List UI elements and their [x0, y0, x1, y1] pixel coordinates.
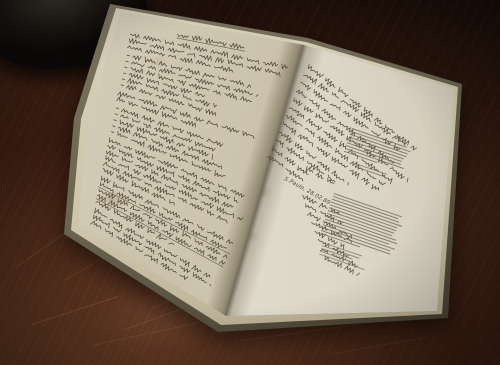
open-book: S.Paulo, 28.02.89 — [0, 0, 500, 365]
photo-scene: S.Paulo, 28.02.89 — [0, 0, 500, 365]
